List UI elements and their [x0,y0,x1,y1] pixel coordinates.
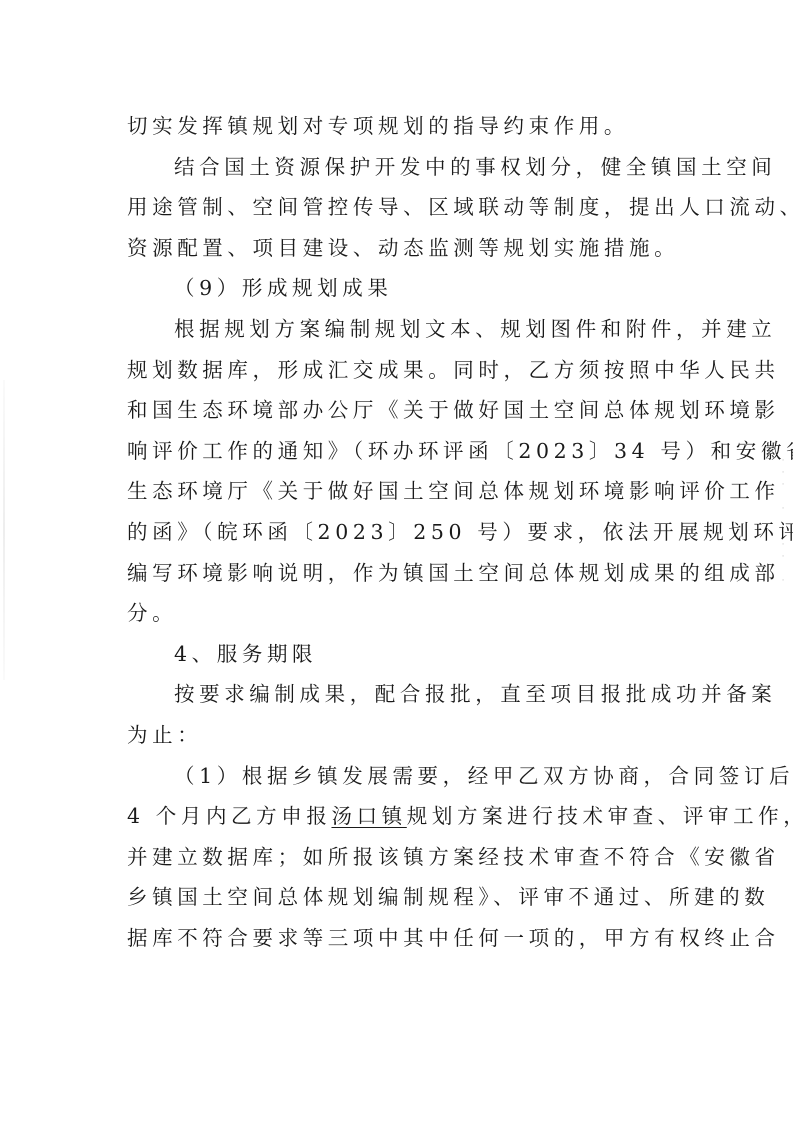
paragraph-line: 并建立数据库；如所报该镇方案经技术审查不符合《安徽省 [127,841,679,882]
document-body: 切实发挥镇规划对专项规划的指导约束作用。 结合国土资源保护开发中的事权划分，健全… [127,110,679,962]
paragraph-line: 结合国土资源保护开发中的事权划分，健全镇国土空间 [127,151,679,192]
paragraph-line: 按要求编制成果，配合报批，直至项目报批成功并备案 [127,678,679,719]
town-name-underlined: 汤口镇 [331,804,406,828]
paragraph-line: 4 个月内乙方申报汤口镇规划方案进行技术审查、评审工作， [127,800,679,841]
paragraph-line: 分。 [127,597,679,638]
paragraph-line: （1）根据乡镇发展需要，经甲乙双方协商，合同签订后 [127,760,679,801]
document-page: ········ 切实发挥镇规划对专项规划的指导约束作用。 结合国土资源保护开发… [0,0,793,1121]
paragraph-line: 资源配置、项目建设、动态监测等规划实施措施。 [127,232,679,273]
paragraph-line: 和国生态环境部办公厅《关于做好国土空间总体规划环境影 [127,394,679,435]
paragraph-line: 切实发挥镇规划对专项规划的指导约束作用。 [127,110,679,151]
paragraph-line: 乡镇国土空间总体规划编制规程》、评审不通过、所建的数 [127,881,679,922]
paragraph-line: 为止： [127,719,679,760]
line-text: 4 个月内乙方申报 [127,804,331,828]
section-heading: 4、服务期限 [127,638,679,679]
line-text: 规划方案进行技术审查、评审工作， [407,804,793,828]
paragraph-line: 用途管制、空间管控传导、区域联动等制度，提出人口流动、 [127,191,679,232]
paragraph-line: 据库不符合要求等三项中其中任何一项的，甲方有权终止合 [127,922,679,963]
paragraph-line: 根据规划方案编制规划文本、规划图件和附件，并建立 [127,313,679,354]
paragraph-line: 的函》（皖环函〔2023〕250 号）要求，依法开展规划环评， [127,516,679,557]
section-heading: （9）形成规划成果 [127,272,679,313]
paragraph-line: 编写环境影响说明，作为镇国土空间总体规划成果的组成部 [127,557,679,598]
paragraph-line: 生态环境厅《关于做好国土空间总体规划环境影响评价工作 [127,475,679,516]
scan-edge-artifact [3,380,5,680]
paragraph-line: 响评价工作的通知》（环办环评函〔2023〕34 号）和安徽省 [127,435,679,476]
paragraph-line: 规划数据库，形成汇交成果。同时，乙方须按照中华人民共 [127,354,679,395]
